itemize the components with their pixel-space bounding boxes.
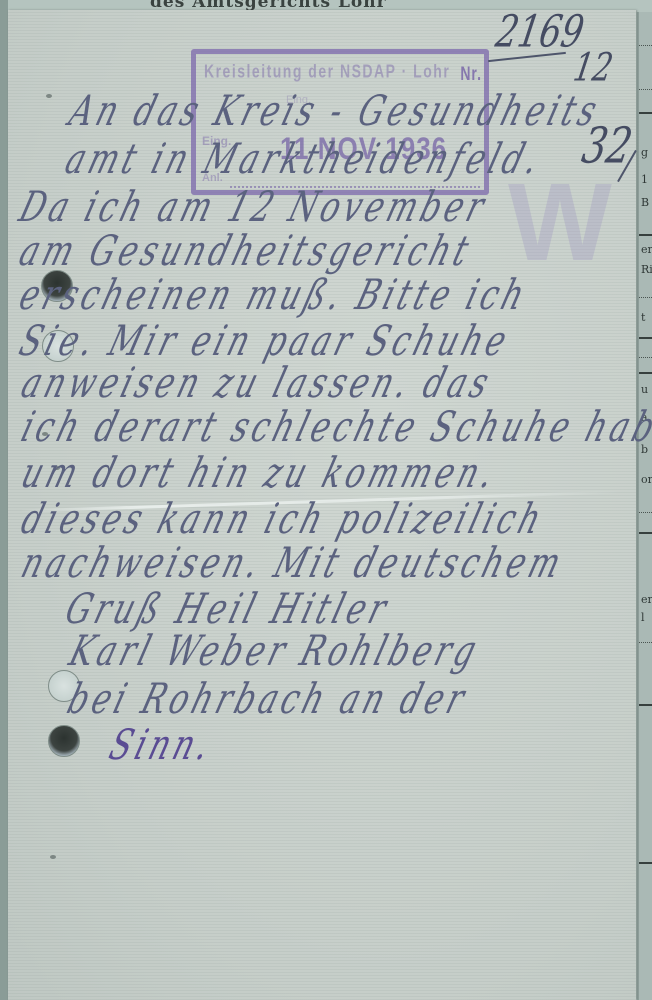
form-rule xyxy=(639,112,652,114)
form-fragment: u xyxy=(641,384,648,396)
letter-line: amt in Marktheidenfeld. xyxy=(60,135,548,184)
pin-mark xyxy=(50,855,56,859)
form-fragment: B xyxy=(641,197,649,209)
form-rule xyxy=(639,704,652,706)
letter-line: am Gesundheitsgericht xyxy=(14,227,478,276)
signature-place: Sinn. xyxy=(104,721,219,770)
form-rule xyxy=(639,512,652,513)
letter-line: dieses kann ich polizeilich xyxy=(16,495,550,544)
reference-number-mid: 12 xyxy=(570,46,616,92)
form-rule xyxy=(639,372,652,374)
form-fragment: 1 xyxy=(641,174,648,186)
signature-address: bei Rohrbach an der xyxy=(62,675,474,724)
form-fragment: Ri xyxy=(641,264,652,276)
stamp-office-name: Kreisleitung der NSDAP · Lohr xyxy=(204,60,450,82)
form-rule xyxy=(639,234,652,236)
letter-line: um dort hin zu kommen. xyxy=(16,449,503,498)
form-fragment: g xyxy=(641,147,648,159)
stamp-number-label: Nr. xyxy=(460,62,482,84)
form-rule xyxy=(639,642,652,643)
letter-line: ich derart schlechte Schuhe habe xyxy=(16,403,652,452)
sheet-left-shadow xyxy=(0,0,8,1000)
letter-line: erscheinen muß. Bitte ich xyxy=(14,271,534,320)
form-rule xyxy=(639,297,652,298)
form-rule xyxy=(639,89,652,90)
signature-name: Karl Weber Rohlberg xyxy=(64,627,485,676)
form-rule xyxy=(639,862,652,864)
form-fragment: er xyxy=(641,244,652,256)
form-rule xyxy=(639,337,652,339)
form-fragment: or xyxy=(641,474,652,486)
stamp-watermark-letter: W xyxy=(508,168,612,278)
form-right-edge: g 1 B er Ri t u a b or er l xyxy=(637,12,652,1000)
form-rule xyxy=(639,532,652,534)
reference-number-top: 2169 xyxy=(492,6,588,58)
punch-hole xyxy=(48,725,80,757)
pin-mark xyxy=(46,94,52,98)
letter-line: An das Kreis - Gesundheits xyxy=(64,87,606,136)
letter-line: Da ich am 12 November xyxy=(14,183,493,232)
letter-line: nachweisen. Mit deutschem xyxy=(16,539,570,588)
letter-line: anweisen zu lassen. das xyxy=(16,359,498,408)
form-fragment: t xyxy=(641,312,645,324)
form-fragment: l xyxy=(641,612,645,624)
form-rule xyxy=(639,45,652,46)
form-fragment: er xyxy=(641,594,652,606)
form-rule xyxy=(639,357,652,358)
